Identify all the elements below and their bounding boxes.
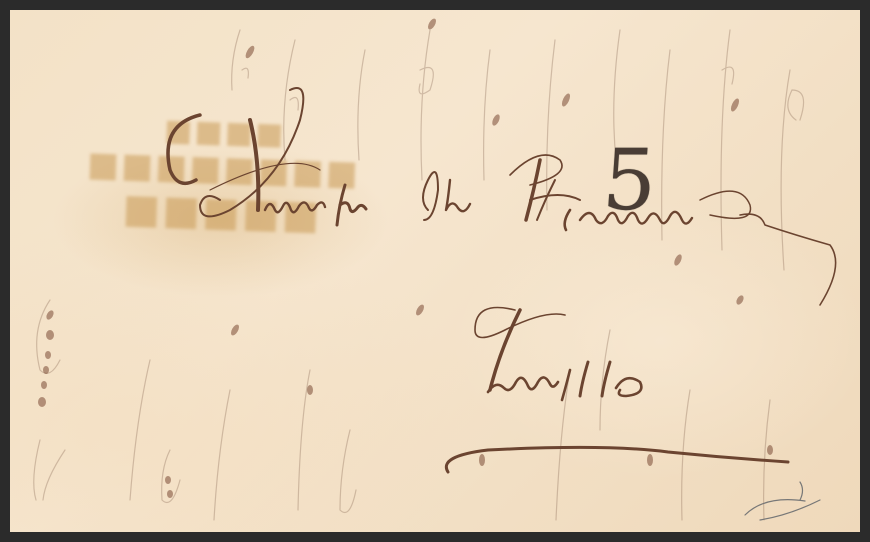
- letter-cover: ■■■■ ■■■■■■■■ ■■■■■: [10, 10, 860, 532]
- handwritten-address: [10, 10, 860, 532]
- rate-mark: 5: [600, 138, 659, 222]
